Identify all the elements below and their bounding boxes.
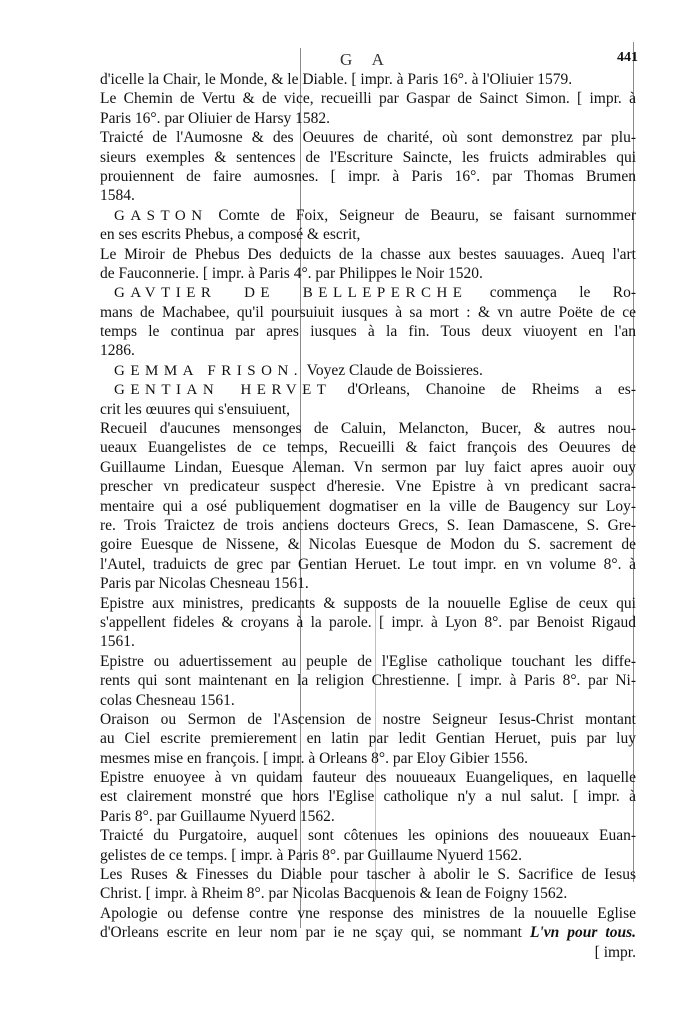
text-line: sieurs exemples & sentences de l'Escritu… xyxy=(100,148,636,167)
line-text: rents qui sont maintenant en la religion… xyxy=(100,672,636,689)
line-text: Epistre ou aduertissement au peuple de l… xyxy=(100,653,636,670)
running-head: G A xyxy=(340,50,392,70)
text-line: mesmes mise en françois. [ impr. à Orlea… xyxy=(100,749,636,768)
text-line: Apologie ou defense contre vne response … xyxy=(100,904,636,923)
line-text: Les Ruses & Finesses du Diable pour tasc… xyxy=(100,866,636,883)
text-line: rents qui sont maintenant en la religion… xyxy=(100,671,636,690)
line-text: Paris 8°. par Guillaume Nyuerd 1562. xyxy=(100,808,335,825)
line-text: Le Miroir de Phebus Des deduicts de la c… xyxy=(100,246,636,263)
entry-author-name: GENTIAN HERVET xyxy=(114,382,331,398)
line-text: colas Chesneau 1561. xyxy=(100,692,235,709)
text-line: mans de Machabee, qu'il poursuiuit iusqu… xyxy=(100,303,636,322)
page-header: G A 441 xyxy=(100,50,640,72)
text-line: 1561. xyxy=(100,632,636,651)
line-text: commença le Ro- xyxy=(467,284,636,301)
line-text: goire Euesque de Nissene, & Nicolas Eues… xyxy=(100,536,636,553)
text-line: mentaire qui a osé publiquement dogmatis… xyxy=(100,497,636,516)
text-line: GEMMA FRISON. Voyez Claude de Boissieres… xyxy=(100,361,636,380)
text-line: Paris par Nicolas Chesneau 1561. xyxy=(100,574,636,593)
line-text: d'Orleans escrite en leur nom par ie ne … xyxy=(100,924,522,941)
text-line: colas Chesneau 1561. xyxy=(100,691,636,710)
line-text: 1561. xyxy=(100,633,135,650)
line-text: d'Orleans, Chanoine de Rheims a es- xyxy=(331,381,636,398)
body-text: d'icelle la Chair, le Monde, & le Diable… xyxy=(100,70,636,962)
text-line: Recueil d'aucunes mensonges de Caluin, M… xyxy=(100,419,636,438)
text-line: de Fauconnerie. [ impr. à Paris 4°. par … xyxy=(100,264,636,283)
line-text: gelistes de ce temps. [ impr. à Paris 8°… xyxy=(100,847,522,864)
text-line: Epistre enuoyee à vn quidam fauteur des … xyxy=(100,768,636,787)
line-text: prouiennent de faire aumosnes. [ impr. à… xyxy=(100,168,636,185)
line-text: Epistre enuoyee à vn quidam fauteur des … xyxy=(100,769,636,786)
line-text: Christ. [ impr. à Rheim 8°. par Nicolas … xyxy=(100,885,567,902)
line-text: Le Chemin de Vertu & de vice, recueilli … xyxy=(100,90,636,107)
italic-pseudonym: L'vn pour tous. xyxy=(522,924,636,941)
entry-author-name: GEMMA FRISON. xyxy=(114,363,303,379)
text-line: gelistes de ce temps. [ impr. à Paris 8°… xyxy=(100,846,636,865)
line-text: d'icelle la Chair, le Monde, & le Diable… xyxy=(100,71,572,88)
line-text: Traicté de l'Aumosne & des Oeuures de ch… xyxy=(100,129,636,146)
page-number: 441 xyxy=(617,50,638,66)
line-text: ueaux Euangelistes de ce temps, Recueill… xyxy=(100,439,636,456)
entry-author-name: GAVTIER DE BELLEPERCHE xyxy=(114,285,467,301)
line-text: Paris 16°. par Oliuier de Harsy 1582. xyxy=(100,110,330,127)
text-line: Oraison ou Sermon de l'Ascension de nost… xyxy=(100,710,636,729)
text-line: GAVTIER DE BELLEPERCHE commença le Ro- xyxy=(100,283,636,302)
line-text: prescher vn predicateur suspect d'heresi… xyxy=(100,478,636,495)
line-text: temps le continua par apres iusques à la… xyxy=(100,323,636,340)
text-line: d'Orleans escrite en leur nom par ie ne … xyxy=(100,923,636,942)
line-text: Comte de Foix, Seigneur de Beauru, se fa… xyxy=(208,207,636,224)
line-text: mesmes mise en françois. [ impr. à Orlea… xyxy=(100,750,528,767)
text-line: Christ. [ impr. à Rheim 8°. par Nicolas … xyxy=(100,884,636,903)
text-line: d'icelle la Chair, le Monde, & le Diable… xyxy=(100,70,636,89)
text-line: Epistre aux ministres, predicants & supp… xyxy=(100,594,636,613)
text-line: Paris 16°. par Oliuier de Harsy 1582. xyxy=(100,109,636,128)
text-line: crit les œuures qui s'ensuiuent, xyxy=(100,400,636,419)
text-line: Epistre ou aduertissement au peuple de l… xyxy=(100,652,636,671)
text-line: Paris 8°. par Guillaume Nyuerd 1562. xyxy=(100,807,636,826)
text-line: GASTON Comte de Foix, Seigneur de Beauru… xyxy=(100,206,636,225)
text-line: [ impr. xyxy=(100,943,636,962)
line-text: s'appellent fideles & croyans à la parol… xyxy=(100,614,636,631)
line-text: en ses escrits Phebus, a composé & escri… xyxy=(100,226,360,243)
line-text: au Ciel escrite premierement en latin pa… xyxy=(100,730,636,747)
line-text: crit les œuures qui s'ensuiuent, xyxy=(100,401,290,418)
line-text: re. Trois Traictez de trois anciens doct… xyxy=(100,517,636,534)
line-text: mans de Machabee, qu'il poursuiuit iusqu… xyxy=(100,304,636,321)
text-line: en ses escrits Phebus, a composé & escri… xyxy=(100,225,636,244)
line-text: Epistre aux ministres, predicants & supp… xyxy=(100,595,636,612)
text-line: Traicté de l'Aumosne & des Oeuures de ch… xyxy=(100,128,636,147)
line-text: l'Autel, traduicts de grec par Gentian H… xyxy=(100,556,636,573)
line-text: sieurs exemples & sentences de l'Escritu… xyxy=(100,149,636,166)
text-line: Les Ruses & Finesses du Diable pour tasc… xyxy=(100,865,636,884)
line-text: 1286. xyxy=(100,342,135,359)
line-text: Recueil d'aucunes mensonges de Caluin, M… xyxy=(100,420,636,437)
line-text: est clairement monstré que hors l'Eglise… xyxy=(100,788,636,805)
text-line: Traicté du Purgatoire, auquel sont côten… xyxy=(100,826,636,845)
text-line: Le Miroir de Phebus Des deduicts de la c… xyxy=(100,245,636,264)
text-line: temps le continua par apres iusques à la… xyxy=(100,322,636,341)
line-text: Oraison ou Sermon de l'Ascension de nost… xyxy=(100,711,636,728)
line-text: Guillaume Lindan, Euesque Aleman. Vn ser… xyxy=(100,459,636,476)
scanned-book-page: G A 441 d'icelle la Chair, le Monde, & l… xyxy=(0,0,696,1024)
text-line: Guillaume Lindan, Euesque Aleman. Vn ser… xyxy=(100,458,636,477)
line-text: Voyez Claude de Boissieres. xyxy=(303,362,483,379)
entry-author-name: GASTON xyxy=(114,208,208,224)
line-text: de Fauconnerie. [ impr. à Paris 4°. par … xyxy=(100,265,483,282)
text-line: au Ciel escrite premierement en latin pa… xyxy=(100,729,636,748)
line-text: 1584. xyxy=(100,187,135,204)
text-line: goire Euesque de Nissene, & Nicolas Eues… xyxy=(100,535,636,554)
line-text: mentaire qui a osé publiquement dogmatis… xyxy=(100,498,636,515)
text-line: prescher vn predicateur suspect d'heresi… xyxy=(100,477,636,496)
line-text: [ impr. xyxy=(595,944,636,961)
line-text: Traicté du Purgatoire, auquel sont côten… xyxy=(100,827,636,844)
text-line: est clairement monstré que hors l'Eglise… xyxy=(100,787,636,806)
text-line: GENTIAN HERVET d'Orleans, Chanoine de Rh… xyxy=(100,380,636,399)
text-line: l'Autel, traduicts de grec par Gentian H… xyxy=(100,555,636,574)
text-line: 1286. xyxy=(100,341,636,360)
text-line: ueaux Euangelistes de ce temps, Recueill… xyxy=(100,438,636,457)
line-text: Apologie ou defense contre vne response … xyxy=(100,905,636,922)
text-line: 1584. xyxy=(100,186,636,205)
text-line: prouiennent de faire aumosnes. [ impr. à… xyxy=(100,167,636,186)
text-line: Le Chemin de Vertu & de vice, recueilli … xyxy=(100,89,636,108)
line-text: Paris par Nicolas Chesneau 1561. xyxy=(100,575,309,592)
text-line: re. Trois Traictez de trois anciens doct… xyxy=(100,516,636,535)
text-line: s'appellent fideles & croyans à la parol… xyxy=(100,613,636,632)
